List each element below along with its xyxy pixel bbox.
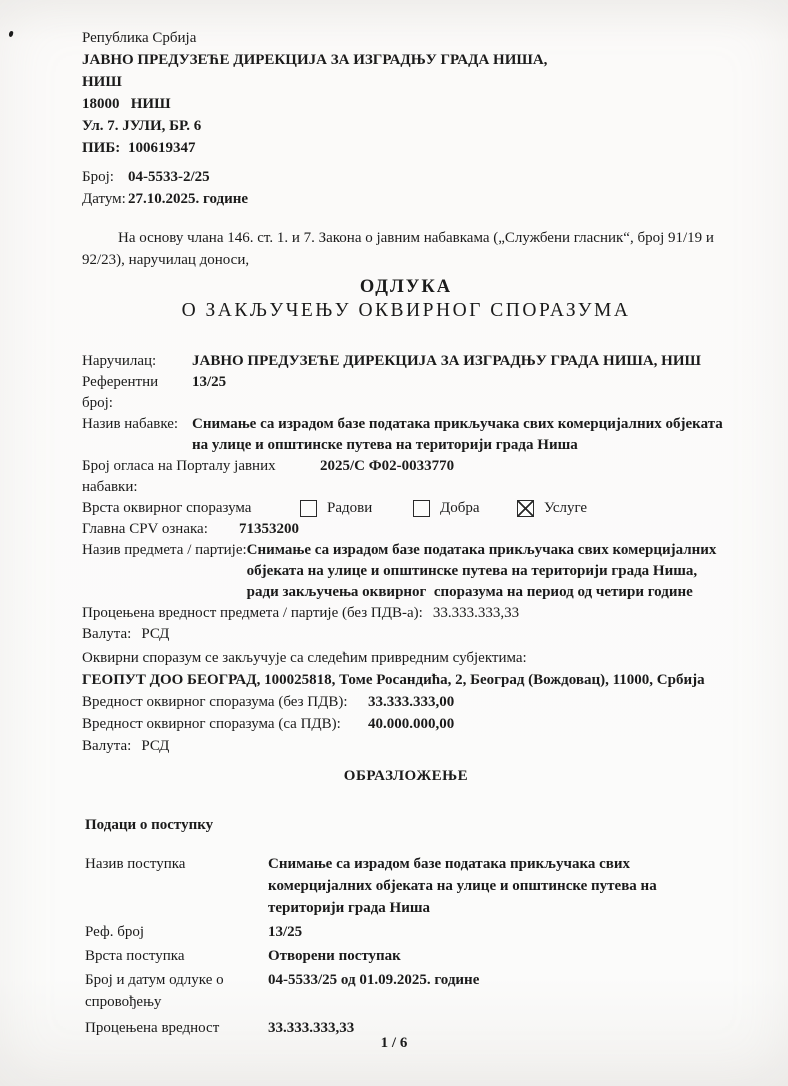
checkbox-label: Добра <box>440 498 480 519</box>
agreement-type-label: Врста оквирног споразума <box>82 498 300 519</box>
row-label: Назив поступка <box>85 853 268 875</box>
document-number-label: Број: <box>82 166 128 188</box>
scanned-document-page: Република Србија ЈАВНО ПРЕДУЗЕЋЕ ДИРЕКЦИ… <box>0 0 788 1086</box>
cpv-row: Главна CPV ознака: 71353200 <box>82 519 730 540</box>
procedure-data-section-title: Подаци о поступку <box>82 814 730 836</box>
pib-label: ПИБ: <box>82 137 128 159</box>
subject-label: Назив предмета / партије: <box>82 540 247 561</box>
procurement-name-value: Снимање са израдом базе података прикључ… <box>192 414 730 456</box>
document-title-block: ОДЛУКА О ЗАКЉУЧЕЊУ ОКВИРНОГ СПОРАЗУМА <box>82 276 730 322</box>
currency-row: Валута: РСД <box>82 624 730 645</box>
agreement-currency-label: Валута: <box>82 735 131 757</box>
procedure-data-table: Назив поступка Снимање са израдом базе п… <box>82 853 730 1039</box>
organization-name-line2: НИШ <box>82 71 730 93</box>
number-date-block: Број: 04-5533-2/25 Датум: 27.10.2025. го… <box>82 166 730 210</box>
reference-number-label: Референтни број: <box>82 372 192 414</box>
row-value: Отворени поступак <box>268 945 730 967</box>
row-label: Врста поступка <box>85 945 268 967</box>
cpv-label: Главна CPV ознака: <box>82 519 239 540</box>
organization-name-line1: ЈАВНО ПРЕДУЗЕЋЕ ДИРЕКЦИЈА ЗА ИЗГРАДЊУ ГР… <box>82 49 730 71</box>
row-label: Број и датум одлуке о спровођењу <box>85 969 268 1013</box>
document-number-row: Број: 04-5533-2/25 <box>82 166 730 188</box>
document-date-value: 27.10.2025. године <box>128 188 248 210</box>
row-value: Снимање са израдом базе података прикључ… <box>268 853 730 919</box>
agreement-type-row: Врста оквирног споразума Радови Добра Ус… <box>82 498 730 519</box>
row-label: Реф. број <box>85 921 268 943</box>
currency-label: Валута: <box>82 624 131 645</box>
checkbox-label: Услуге <box>544 498 587 519</box>
checkbox-option-services: Услуге <box>517 498 587 519</box>
reference-number-row: Референтни број: 13/25 <box>82 372 730 414</box>
supplier-line: ГЕОПУТ ДОО БЕОГРАД, 100025818, Томе Роса… <box>82 669 730 691</box>
currency-value: РСД <box>141 624 730 645</box>
procurement-details: Наручилац: ЈАВНО ПРЕДУЗЕЋЕ ДИРЕКЦИЈА ЗА … <box>82 351 730 645</box>
procurement-name-label: Назив набавке: <box>82 414 192 435</box>
document-date-row: Датум: 27.10.2025. године <box>82 188 730 210</box>
agreement-value-incl-label: Вредност оквирног споразума (са ПДВ): <box>82 713 368 735</box>
agreement-currency-row: Валута: РСД <box>82 735 730 757</box>
subject-row: Назив предмета / партије: Снимање са изр… <box>82 540 730 603</box>
client-label: Наручилац: <box>82 351 192 372</box>
explanation-heading: ОБРАЗЛОЖЕЊЕ <box>82 765 730 787</box>
notice-number-row: Број огласа на Порталу јавних набавки: 2… <box>82 456 730 498</box>
table-row: Назив поступка Снимање са израдом базе п… <box>85 853 730 919</box>
reference-number-value: 13/25 <box>192 372 730 393</box>
legal-preamble: На основу члана 146. ст. 1. и 7. Закона … <box>82 227 730 271</box>
page-number: 1 / 6 <box>0 1032 788 1054</box>
letterhead: Република Србија ЈАВНО ПРЕДУЗЕЋЕ ДИРЕКЦИ… <box>82 27 730 159</box>
scan-artifact-dot <box>8 31 13 38</box>
pib-row: ПИБ: 100619347 <box>82 137 730 159</box>
checkbox-label: Радови <box>327 498 372 519</box>
estimated-value-row: Процењена вредност предмета / партије (б… <box>82 603 730 624</box>
estimated-value-label: Процењена вредност предмета / партије (б… <box>82 603 423 624</box>
framework-agreement-block: Оквирни споразум се закључује са следећи… <box>82 647 730 757</box>
country-line: Република Србија <box>82 27 730 49</box>
checkbox-icon <box>517 500 534 517</box>
document-subtitle: О ЗАКЉУЧЕЊУ ОКВИРНОГ СПОРАЗУМА <box>82 299 730 322</box>
agreement-value-excl-label: Вредност оквирног споразума (без ПДВ): <box>82 691 368 713</box>
estimated-value-value: 33.333.333,33 <box>433 603 730 624</box>
checkbox-option-works: Радови <box>300 498 413 519</box>
agreement-value-incl-row: Вредност оквирног споразума (са ПДВ): 40… <box>82 713 730 735</box>
postal-city-line: 18000 НИШ <box>82 93 730 115</box>
row-value: 04-5533/25 од 01.09.2025. године <box>268 969 730 991</box>
table-row: Реф. број 13/25 <box>85 921 730 943</box>
cpv-value: 71353200 <box>239 519 730 540</box>
document-title: ОДЛУКА <box>82 276 730 299</box>
pib-value: 100619347 <box>128 137 196 159</box>
agreement-value-incl-value: 40.000.000,00 <box>368 713 454 735</box>
checkbox-option-goods: Добра <box>413 498 517 519</box>
row-value: 13/25 <box>268 921 730 943</box>
agreement-value-excl-row: Вредност оквирног споразума (без ПДВ): 3… <box>82 691 730 713</box>
table-row: Врста поступка Отворени поступак <box>85 945 730 967</box>
checkbox-icon <box>300 500 317 517</box>
table-row: Број и датум одлуке о спровођењу 04-5533… <box>85 969 730 1013</box>
subject-value: Снимање са израдом базе података прикључ… <box>247 540 730 603</box>
checkbox-icon <box>413 500 430 517</box>
notice-number-value: 2025/С Ф02-0033770 <box>320 456 730 477</box>
agreement-currency-value: РСД <box>141 735 169 757</box>
agreement-value-excl-value: 33.333.333,00 <box>368 691 454 713</box>
client-row: Наручилац: ЈАВНО ПРЕДУЗЕЋЕ ДИРЕКЦИЈА ЗА … <box>82 351 730 372</box>
procurement-name-row: Назив набавке: Снимање са израдом базе п… <box>82 414 730 456</box>
document-number-value: 04-5533-2/25 <box>128 166 210 188</box>
document-content: Република Србија ЈАВНО ПРЕДУЗЕЋЕ ДИРЕКЦИ… <box>82 27 730 1041</box>
document-date-label: Датум: <box>82 188 128 210</box>
notice-number-label: Број огласа на Порталу јавних набавки: <box>82 456 320 498</box>
agreement-intro: Оквирни споразум се закључује са следећи… <box>82 647 730 669</box>
street-line: Ул. 7. ЈУЛИ, БР. 6 <box>82 115 730 137</box>
client-value: ЈАВНО ПРЕДУЗЕЋЕ ДИРЕКЦИЈА ЗА ИЗГРАДЊУ ГР… <box>192 351 730 372</box>
